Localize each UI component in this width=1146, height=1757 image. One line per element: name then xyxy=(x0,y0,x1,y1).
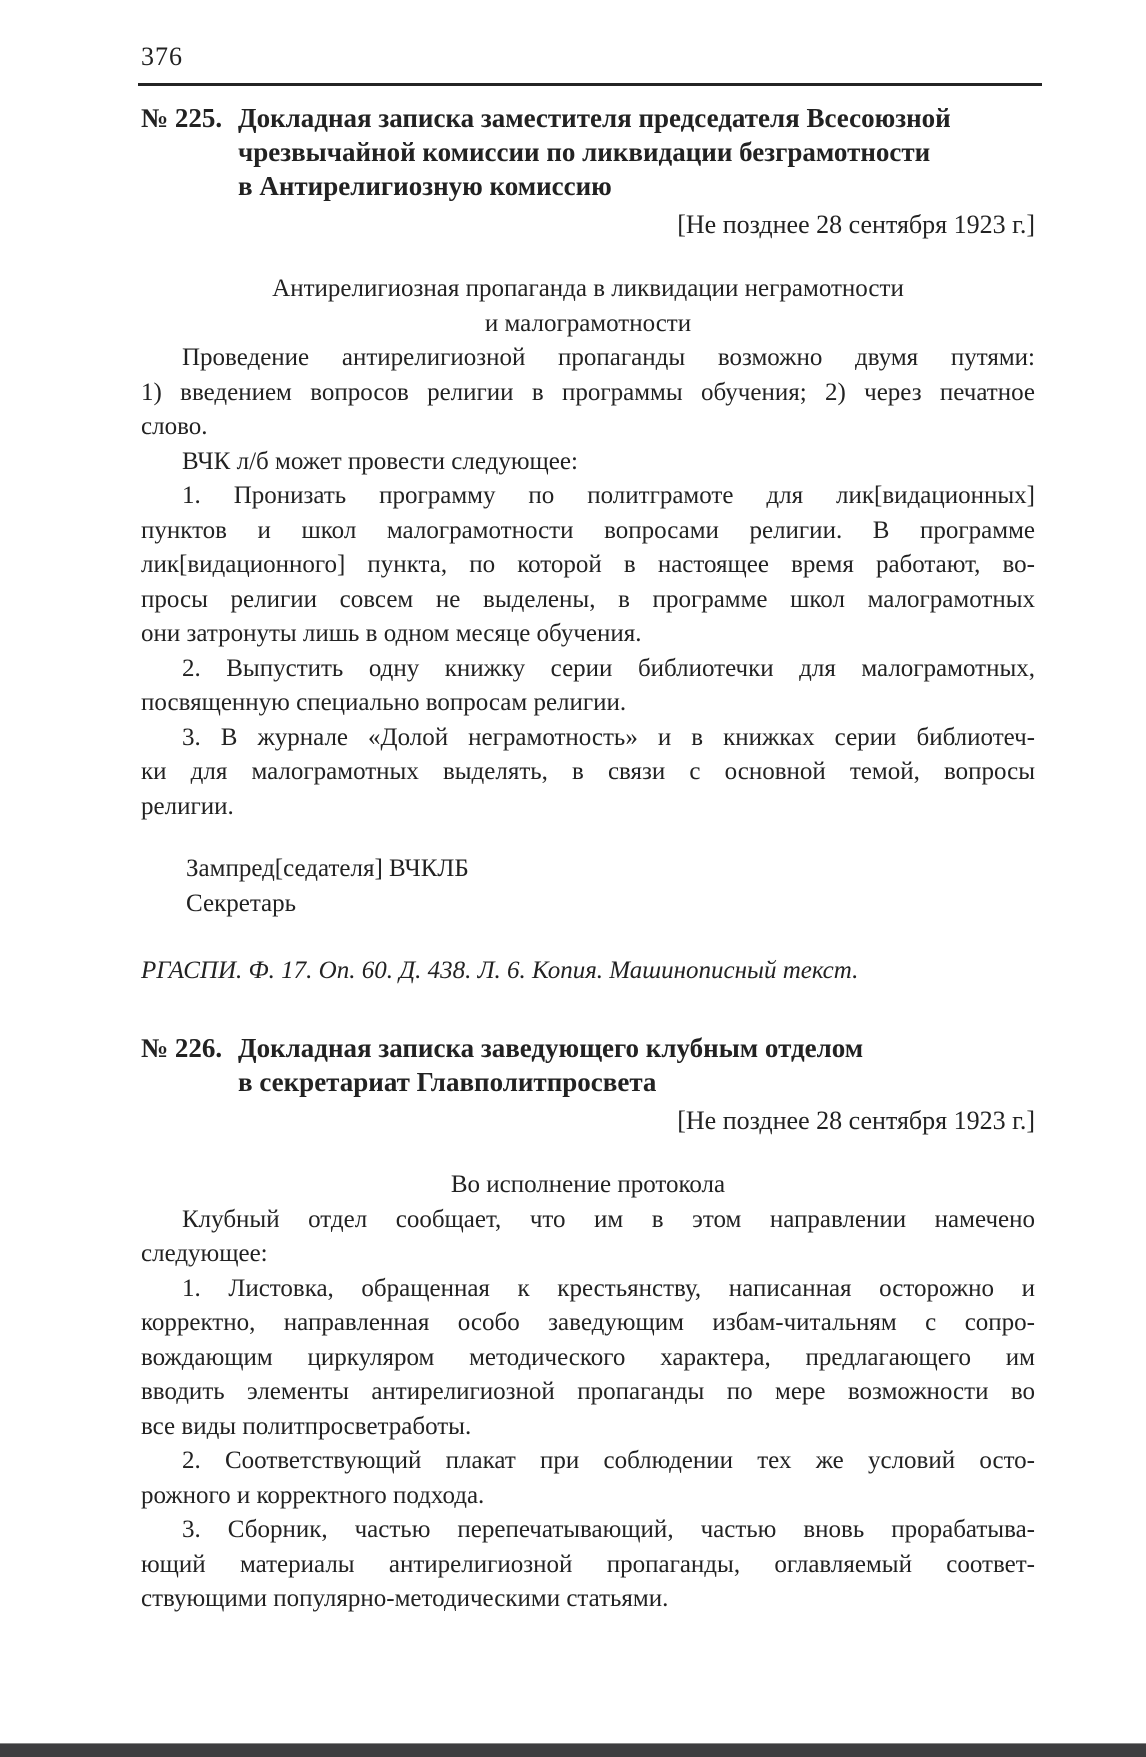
body-line: 3. В журнале «Долой неграмотность» и в к… xyxy=(141,721,1035,756)
paragraph: 1. Листовка, обращенная к крестьянству, … xyxy=(141,1272,1035,1445)
page-number: 376 xyxy=(141,0,1035,72)
body-line: 2. Соответствующий плакат при соблюдении… xyxy=(141,1444,1035,1479)
doc-title-line: в секретариат Главполитпросвета xyxy=(238,1065,1035,1099)
doc-title-line: Докладная записка заместителя председате… xyxy=(238,101,1035,135)
header-rule xyxy=(138,83,1042,86)
body-line: рожного и корректного подхода. xyxy=(141,1479,1035,1514)
body-line: и малограмотности xyxy=(141,307,1035,342)
body-line: посвященную специально вопросам религии. xyxy=(141,686,1035,721)
paragraph: 2. Выпустить одну книжку серии библиотеч… xyxy=(141,652,1035,721)
body-line: они затронуты лишь в одном месяце обучен… xyxy=(141,617,1035,652)
body-line: Проведение антирелигиозной пропаганды во… xyxy=(141,341,1035,376)
doc-number: № 226. xyxy=(141,1031,238,1065)
body-line: вводить элементы антирелигиозной пропага… xyxy=(141,1375,1035,1410)
body-line: слово. xyxy=(141,410,1035,445)
paragraph: 3. В журнале «Долой неграмотность» и в к… xyxy=(141,721,1035,825)
body-line: 2. Выпустить одну книжку серии библиотеч… xyxy=(141,652,1035,687)
doc-date: [Не позднее 28 сентября 1923 г.] xyxy=(141,1104,1035,1138)
body-line: следующее: xyxy=(141,1237,1035,1272)
body-line: 3. Сборник, частью перепечатывающий, час… xyxy=(141,1513,1035,1548)
document-column: № 225.Докладная записка заместителя пред… xyxy=(141,101,1035,1617)
archive-reference: РГАСПИ. Ф. 17. Оп. 60. Д. 438. Л. 6. Коп… xyxy=(141,954,1035,988)
body-line: религии. xyxy=(141,790,1035,825)
body-line: 1. Листовка, обращенная к крестьянству, … xyxy=(141,1272,1035,1307)
doc-title-line: Докладная записка заведующего клубным от… xyxy=(238,1031,1035,1065)
body-line: просы религии совсем не выделены, в прог… xyxy=(141,583,1035,618)
body-line: лик[видационного] пункта, по которой в н… xyxy=(141,548,1035,583)
doc-title: Докладная записка заведующего клубным от… xyxy=(238,1031,1035,1099)
paragraph: Клубный отдел сообщает, что им в этом на… xyxy=(141,1203,1035,1272)
paragraph: Проведение антирелигиозной пропаганды во… xyxy=(141,341,1035,445)
doc-number: № 225. xyxy=(141,101,238,135)
body-line: ки для малограмотных выделять, в связи с… xyxy=(141,755,1035,790)
page-bottom-edge xyxy=(0,1743,1146,1757)
book-page: 376 № 225.Докладная записка заместителя … xyxy=(0,0,1146,1757)
doc-title: Докладная записка заместителя председате… xyxy=(238,101,1035,203)
doc-body: Антирелигиозная пропаганда в ликвидации … xyxy=(141,272,1035,824)
document-section: № 225.Докладная записка заместителя пред… xyxy=(141,101,1035,988)
body-line: пунктов и школ малограмотности вопросами… xyxy=(141,514,1035,549)
signature-line: Зампред[седателя] ВЧКЛБ xyxy=(186,852,1035,887)
signature-block: Зампред[седателя] ВЧКЛБСекретарь xyxy=(141,852,1035,921)
paragraph: 1. Пронизать программу по политграмоте д… xyxy=(141,479,1035,652)
body-line: 1. Пронизать программу по политграмоте д… xyxy=(141,479,1035,514)
body-line: 1) введением вопросов религии в программ… xyxy=(141,376,1035,411)
body-line: корректно, направленная особо заведующим… xyxy=(141,1306,1035,1341)
doc-body: Во исполнение протоколаКлубный отдел соо… xyxy=(141,1168,1035,1617)
body-line: ствующими популярно-методическими статья… xyxy=(141,1582,1035,1617)
doc-date: [Не позднее 28 сентября 1923 г.] xyxy=(141,208,1035,242)
document-section: № 226.Докладная записка заведующего клуб… xyxy=(141,1031,1035,1617)
paragraph: 3. Сборник, частью перепечатывающий, час… xyxy=(141,1513,1035,1617)
signature-line: Секретарь xyxy=(186,887,1035,922)
body-line: Во исполнение протокола xyxy=(141,1168,1035,1203)
body-line: ющий материалы антирелигиозной пропаганд… xyxy=(141,1548,1035,1583)
paragraph: Во исполнение протокола xyxy=(141,1168,1035,1203)
doc-title-line: в Антирелигиозную комиссию xyxy=(238,169,1035,203)
body-line: Антирелигиозная пропаганда в ликвидации … xyxy=(141,272,1035,307)
body-line: ВЧК л/б может провести следующее: xyxy=(141,445,1035,480)
doc-title-line: чрезвычайной комиссии по ликвидации безг… xyxy=(238,135,1035,169)
text-column: 376 № 225.Докладная записка заместителя … xyxy=(0,0,1146,1617)
paragraph: ВЧК л/б может провести следующее: xyxy=(141,445,1035,480)
body-line: Клубный отдел сообщает, что им в этом на… xyxy=(141,1203,1035,1238)
paragraph: 2. Соответствующий плакат при соблюдении… xyxy=(141,1444,1035,1513)
doc-heading: № 225.Докладная записка заместителя пред… xyxy=(141,101,1035,203)
paragraph: Антирелигиозная пропаганда в ликвидации … xyxy=(141,272,1035,341)
doc-heading: № 226.Докладная записка заведующего клуб… xyxy=(141,1031,1035,1099)
body-line: все виды политпросветработы. xyxy=(141,1410,1035,1445)
body-line: вождающим циркуляром методического харак… xyxy=(141,1341,1035,1376)
